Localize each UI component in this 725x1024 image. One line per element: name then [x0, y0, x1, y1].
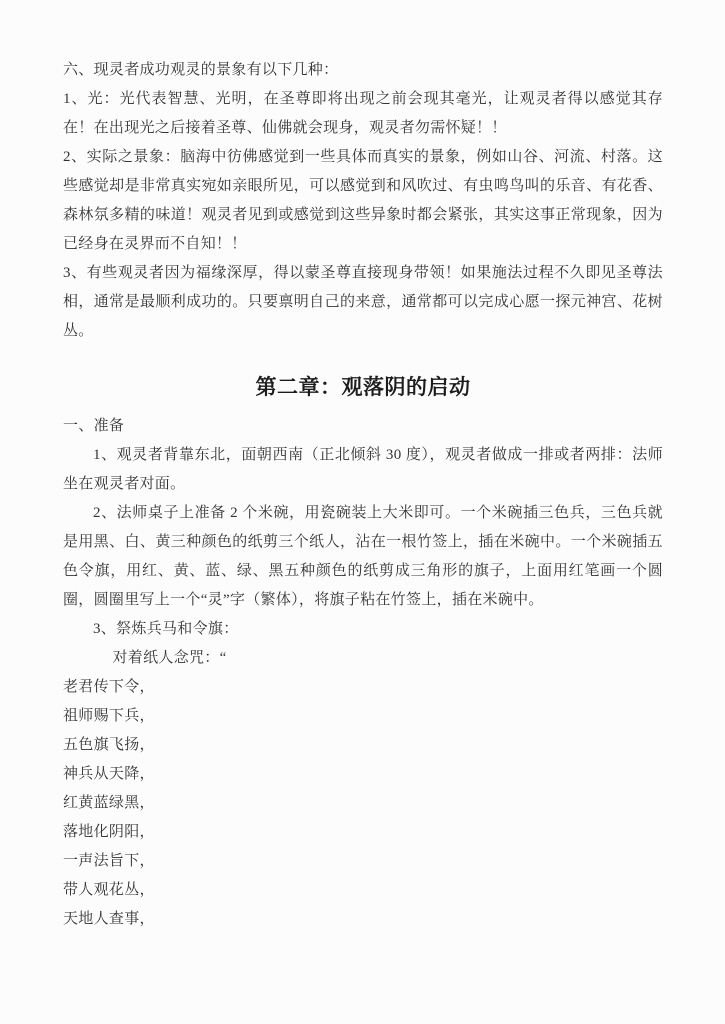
chant-line: 天地人查事， [63, 905, 663, 934]
section-title-preparation: 一、准备 [63, 412, 663, 441]
intro-item-scenery: 2、实际之景象：脑海中彷佛感觉到一些具体而真实的景象，例如山谷、河流、村落。这些… [63, 143, 663, 259]
chant-line: 一声法旨下， [63, 847, 663, 876]
step-rice-bowls: 2、法师桌子上准备 2 个米碗，用瓷碗装上大米即可。一个米碗插三色兵，三色兵就是… [63, 499, 663, 615]
chant-line: 老君传下令， [63, 673, 663, 702]
chant-line: 红黄蓝绿黑， [63, 789, 663, 818]
step-consecration: 3、祭炼兵马和令旗： [63, 615, 663, 644]
chant-line: 落地化阴阳， [63, 818, 663, 847]
document-page: 六、现灵者成功观灵的景象有以下几种： 1、光：光代表智慧、光明，在圣尊即将出现之… [0, 0, 725, 1024]
chant-line: 神兵从天降， [63, 760, 663, 789]
chant-line: 祖师赐下兵， [63, 702, 663, 731]
intro-heading: 六、现灵者成功观灵的景象有以下几种： [63, 56, 663, 85]
chapter-title: 第二章：观落阴的启动 [63, 372, 663, 402]
chant-intro: 对着纸人念咒：“ [63, 644, 663, 673]
intro-item-blessed: 3、有些观灵者因为福缘深厚，得以蒙圣尊直接现身带领！如果施法过程不久即见圣尊法相… [63, 259, 663, 346]
chant-line: 带人观花丛， [63, 876, 663, 905]
intro-item-light: 1、光：光代表智慧、光明，在圣尊即将出现之前会现其毫光，让观灵者得以感觉其存在！… [63, 85, 663, 143]
chant-line: 五色旗飞扬， [63, 731, 663, 760]
step-seating: 1、观灵者背靠东北，面朝西南（正北倾斜 30 度），观灵者做成一排或者两排：法师… [63, 441, 663, 499]
